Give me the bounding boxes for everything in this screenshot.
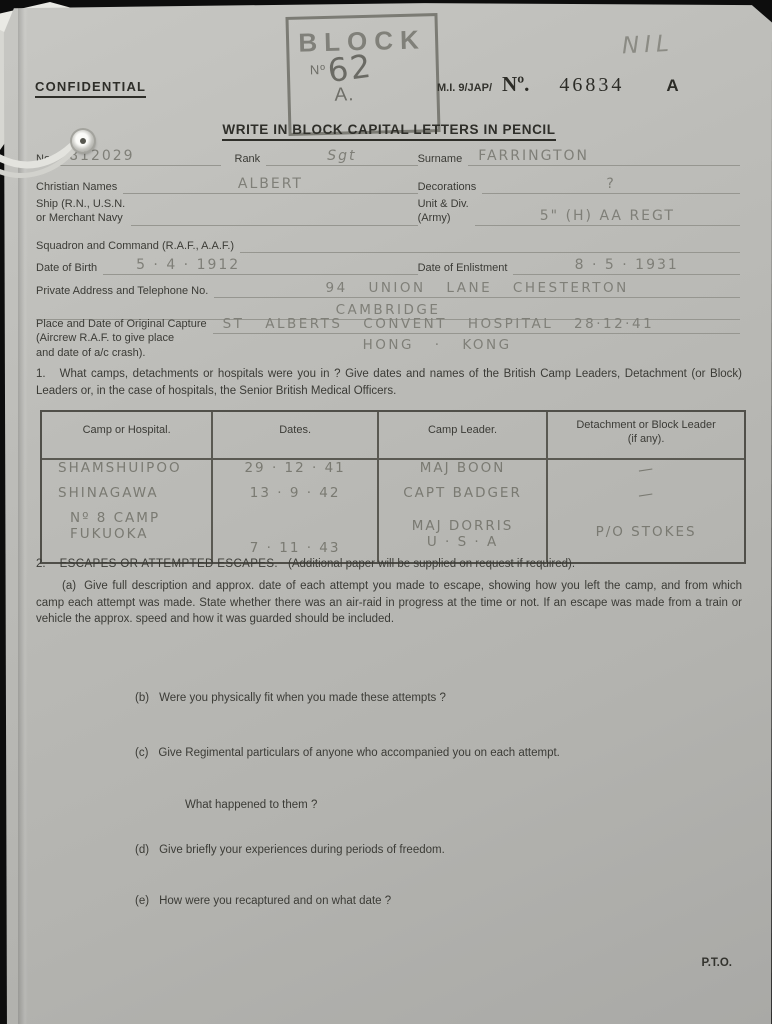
question-2-title: ESCAPES OR ATTEMPTED ESCAPES. (60, 558, 278, 570)
file-lace (0, 104, 116, 184)
header-detachment-leader: Detachment or Block Leader (if any). (548, 412, 744, 458)
leader-cell: MAJ BOON (379, 460, 548, 485)
christian-names-value: ALBERT (238, 176, 303, 192)
question-2c: (c)Give Regimental particulars of anyone… (135, 747, 560, 759)
question-2-note: (Additional paper will be supplied on re… (288, 558, 575, 570)
table-row: SHAMSHUIPOO 29 · 12 · 41 MAJ BOON — (42, 460, 744, 485)
row-no-rank-surname: No. 812029 Rank Sgt Surname FARRINGTON (36, 149, 740, 166)
row-names-decorations: Christian Names ALBERT Decorations ? (36, 177, 740, 194)
date-of-enlistment-field: 8 · 5 · 1931 (513, 258, 740, 275)
block-stamp-no-label: Nº (310, 62, 327, 77)
row-dates: Date of Birth 5 · 4 · 1912 Date of Enlis… (36, 258, 740, 275)
christian-names-field: ALBERT (123, 177, 417, 194)
rank-value: Sgt (327, 148, 356, 164)
question-2a: (a)Give full description and approx. dat… (36, 578, 742, 628)
date-of-enlistment-value: 8 · 5 · 1931 (575, 257, 679, 273)
pto-label: P.T.O. (702, 957, 732, 969)
table-row: SHINAGAWA 13 · 9 · 42 CAPT BADGER — (42, 485, 744, 510)
question-2c-followup: What happened to them ? (185, 799, 317, 811)
block-stamp-number: 62 (326, 49, 375, 90)
squadron-field (240, 236, 740, 253)
question-2d-text: Give briefly your experiences during per… (159, 844, 445, 856)
rank-label: Rank (235, 153, 267, 166)
question-2e: (e)How were you recaptured and on what d… (135, 895, 391, 907)
surname-value: FARRINGTON (478, 148, 589, 164)
capture-field-line1: ST ALBERTS CONVENT HOSPITAL 28·12·41 (213, 317, 740, 334)
ship-label: Ship (R.N., U.S.N. or Merchant Navy (36, 197, 131, 226)
row-address: Private Address and Telephone No. 94 UNI… (36, 281, 740, 298)
question-2a-text: Give full description and approx. date o… (36, 580, 742, 625)
row-capture: Place and Date of Original Capture (Airc… (36, 317, 740, 360)
scanned-pow-form: CONFIDENTIAL BLOCK Nº 62 A. M.I. 9/JAP/ … (0, 0, 772, 1024)
decorations-value: ? (606, 176, 615, 192)
question-2e-text: How were you recaptured and on what date… (159, 895, 391, 907)
header-dates: Dates. (213, 412, 379, 458)
file-ref-suffix: A (666, 76, 678, 96)
row-ship-unit: Ship (R.N., U.S.N. or Merchant Navy Unit… (36, 197, 740, 226)
decorations-label: Decorations (418, 181, 483, 194)
file-ref-number: 46834 (559, 74, 624, 97)
camp-table-header: Camp or Hospital. Dates. Camp Leader. De… (42, 412, 744, 460)
ship-field (131, 209, 417, 226)
dob-line-extension (273, 258, 417, 275)
dates-cell: 29 · 12 · 41 (213, 460, 379, 485)
block-stamp: BLOCK Nº 62 A. (285, 13, 440, 136)
nil-annotation: NIL (621, 31, 674, 60)
question-2-number: 2. (36, 558, 46, 570)
leader-cell: MAJ DORRIS U · S · A (379, 510, 548, 562)
question-2b: (b)Were you physically fit when you made… (135, 692, 446, 704)
form-heading: WRITE IN BLOCK CAPITAL LETTERS IN PENCIL (36, 121, 742, 139)
file-ref-no-label: Nº. (502, 72, 529, 97)
camp-table-body: SHAMSHUIPOO 29 · 12 · 41 MAJ BOON — SHIN… (42, 460, 744, 562)
camp-table: Camp or Hospital. Dates. Camp Leader. De… (40, 410, 746, 564)
detachment-cell: — (548, 485, 744, 510)
unit-value: 5" (H) AA REGT (540, 208, 675, 224)
header-camp-or-hospital: Camp or Hospital. (42, 412, 213, 458)
question-2c-text: Give Regimental particulars of anyone wh… (158, 747, 559, 759)
date-of-birth-field: 5 · 4 · 1912 (103, 258, 273, 275)
question-2b-label: (b) (135, 692, 149, 704)
question-2b-text: Were you physically fit when you made th… (159, 692, 446, 704)
capture-label: Place and Date of Original Capture (Airc… (36, 317, 213, 360)
question-1: 1.What camps, detachments or hospitals w… (36, 366, 742, 399)
question-2d: (d)Give briefly your experiences during … (135, 844, 445, 856)
file-reference: M.I. 9/JAP/ Nº. 46834 A (437, 72, 679, 97)
surname-field: FARRINGTON (468, 149, 740, 166)
question-2a-label: (a) (62, 580, 76, 592)
row-squadron: Squadron and Command (R.A.F., A.A.F.) (36, 236, 740, 253)
capture-value-line2: HONG · KONG (363, 338, 740, 353)
question-2e-label: (e) (135, 895, 149, 907)
squadron-label: Squadron and Command (R.A.F., A.A.F.) (36, 240, 240, 253)
dates-cell: 13 · 9 · 42 (213, 485, 379, 510)
detachment-cell: P/O STOKES (548, 510, 744, 562)
date-of-birth-value: 5 · 4 · 1912 (136, 257, 240, 273)
file-ref-prefix: M.I. 9/JAP/ (437, 82, 492, 94)
question-2d-label: (d) (135, 844, 149, 856)
table-row: Nº 8 CAMP FUKUOKA 7 · 11 · 43 MAJ DORRIS… (42, 510, 744, 562)
camp-cell: SHINAGAWA (42, 485, 213, 510)
date-of-birth-label: Date of Birth (36, 262, 103, 275)
leader-cell: CAPT BADGER (379, 485, 548, 510)
camp-cell: Nº 8 CAMP FUKUOKA (42, 510, 213, 562)
address-label: Private Address and Telephone No. (36, 285, 214, 298)
rank-field: Sgt (266, 149, 417, 166)
unit-label: Unit & Div. (Army) (418, 197, 475, 226)
capture-value-line1: ST ALBERTS CONVENT HOSPITAL 28·12·41 (223, 316, 655, 332)
dates-cell: 7 · 11 · 43 (213, 510, 379, 562)
address-field-line1: 94 UNION LANE CHESTERTON (214, 281, 740, 298)
camp-cell: SHAMSHUIPOO (42, 460, 213, 485)
date-of-enlistment-label: Date of Enlistment (418, 262, 514, 275)
confidential-label: CONFIDENTIAL (35, 79, 146, 98)
question-1-text: What camps, detachments or hospitals wer… (36, 368, 742, 397)
header-camp-leader: Camp Leader. (379, 412, 548, 458)
punch-hole-grommet (72, 130, 94, 152)
question-2c-label: (c) (135, 747, 148, 759)
surname-label: Surname (418, 153, 469, 166)
question-1-number: 1. (36, 368, 46, 380)
decorations-field: ? (482, 177, 740, 194)
detachment-cell: — (548, 460, 744, 485)
unit-field: 5" (H) AA REGT (475, 209, 740, 226)
question-2-title-line: 2.ESCAPES OR ATTEMPTED ESCAPES.(Addition… (36, 556, 742, 573)
address-value-line1: 94 UNION LANE CHESTERTON (325, 280, 628, 296)
